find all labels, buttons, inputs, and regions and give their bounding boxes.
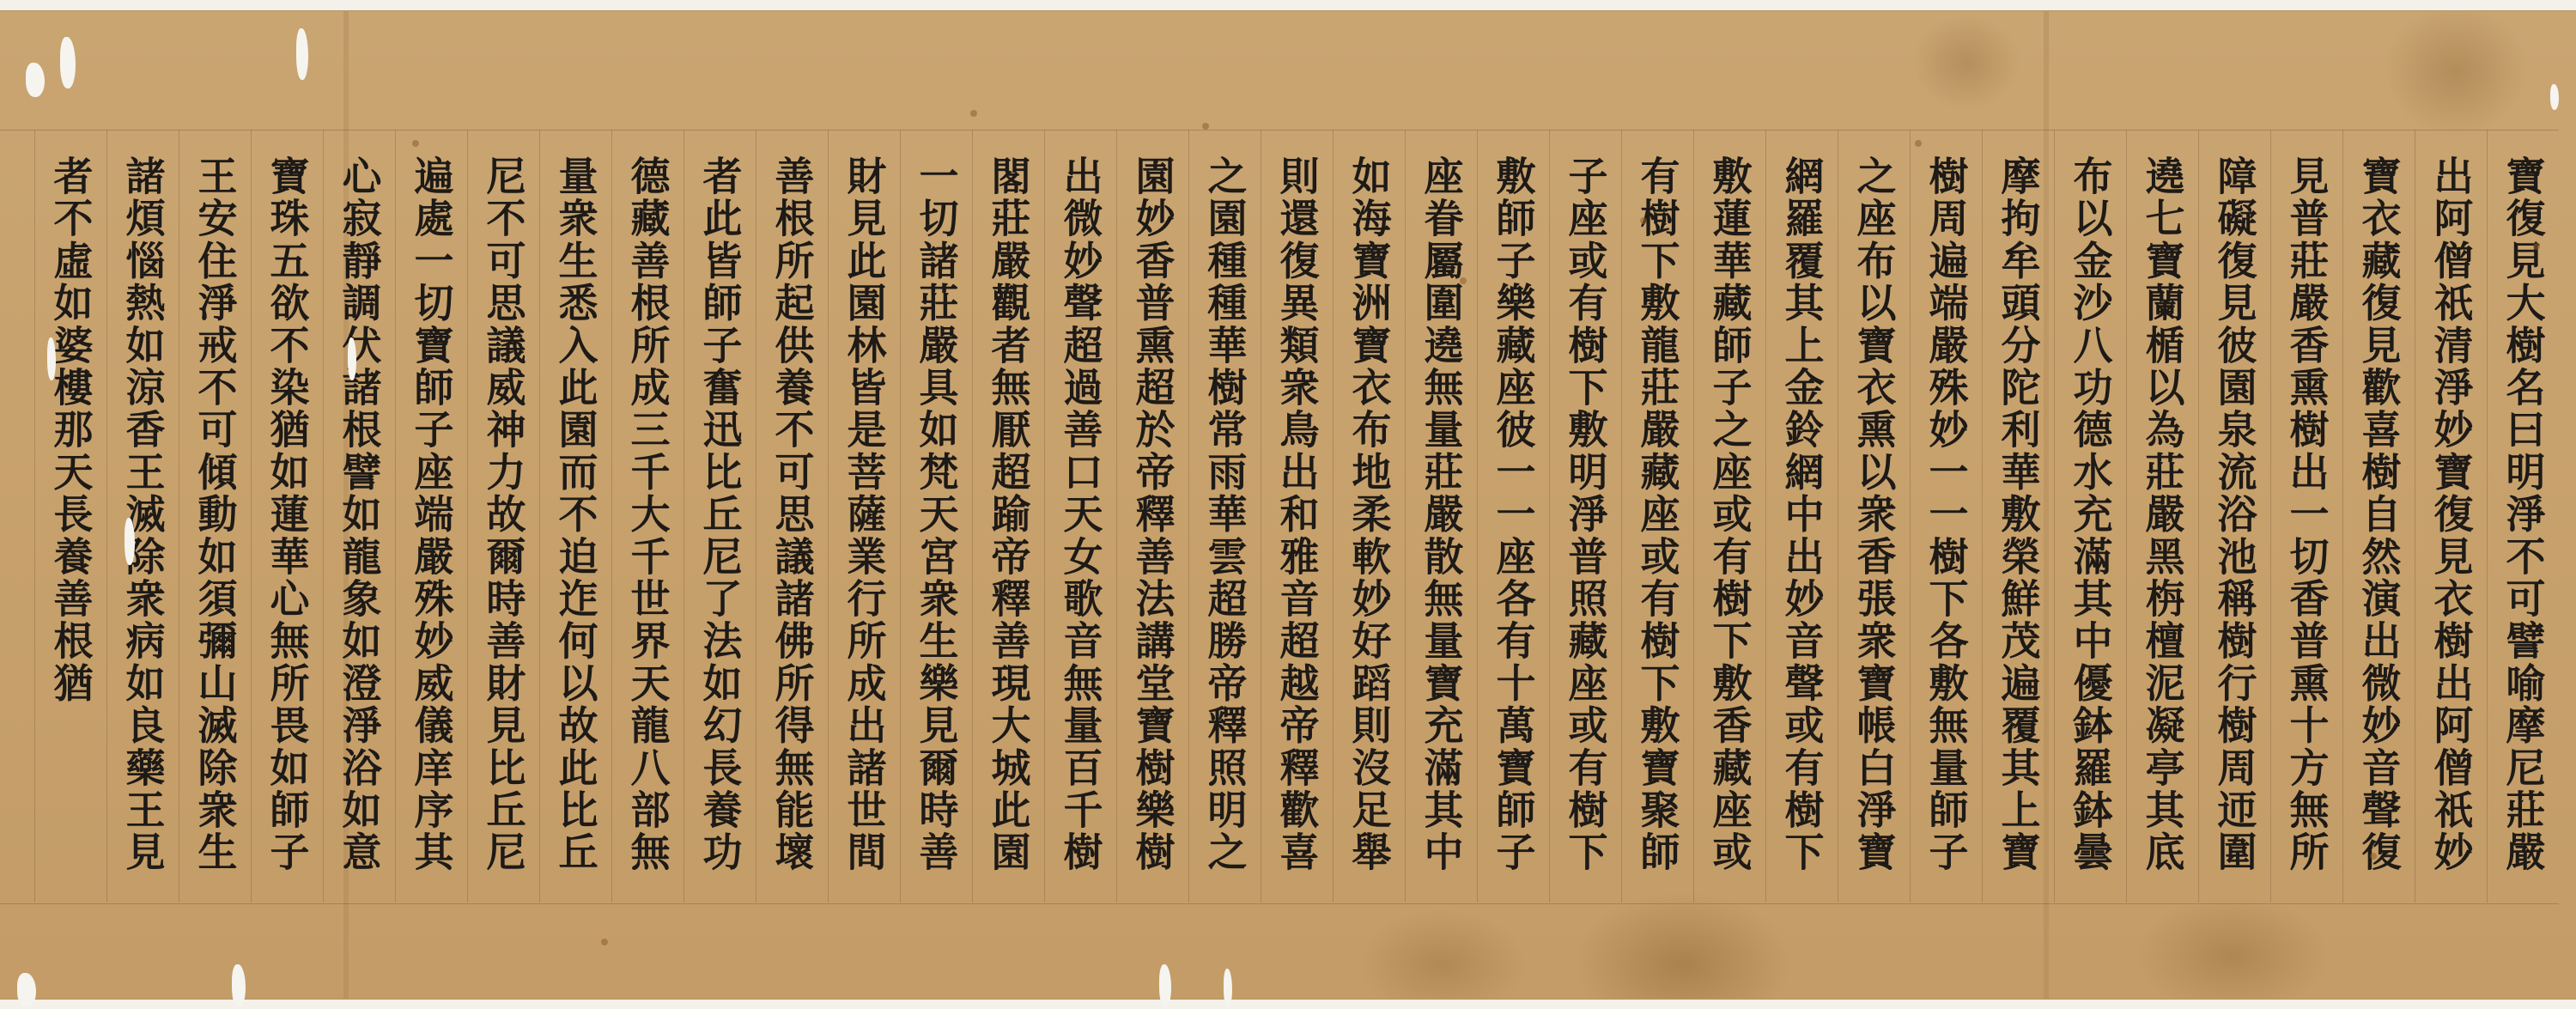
text-column: 出阿僧祇清淨妙寶復見衣樹出阿僧祇妙 [2415, 130, 2487, 903]
column-text: 財見此園林皆是菩薩業行所成出諸世間 [845, 155, 884, 903]
text-column: 之座布以寶衣熏以衆香張衆寶帳白淨寶 [1838, 130, 1910, 903]
column-text: 敷師子樂藏座彼一一座各有十萬寶師子 [1494, 155, 1534, 903]
column-text: 者不虛如婆樓那天長養善根猶 [52, 155, 91, 903]
stain-dot [1640, 217, 1647, 224]
column-text: 出阿僧祇清淨妙寶復見衣樹出阿僧祇妙 [2432, 155, 2471, 903]
column-text: 布以金沙八功德水充滿其中優鉢羅鉢曇 [2071, 155, 2111, 903]
text-column: 網羅覆其上金鈴網中出妙音聲或有樹下 [1765, 130, 1838, 903]
column-text: 子座或有樹下敷明淨普照藏座或有樹下 [1566, 155, 1606, 903]
text-columns: 寶復見大樹名曰明淨不可譬喻摩尼莊嚴 出阿僧祇清淨妙寶復見衣樹出阿僧祇妙 寶衣藏復… [34, 130, 2559, 903]
column-text: 障礙復見彼園泉流浴池稱樹行樹周迊圍 [2215, 155, 2255, 903]
text-column: 摩拘牟頭分陀利華敷榮鮮茂遍覆其上寶 [1982, 130, 2054, 903]
column-text: 一切諸莊嚴具如梵天宮衆生樂見爾時善 [917, 155, 957, 903]
column-text: 王安住淨戒不可傾動如須彌山滅除衆生 [196, 155, 235, 903]
text-column: 敷蓮華藏師子之座或有樹下敷香藏座或 [1693, 130, 1765, 903]
text-column: 王安住淨戒不可傾動如須彌山滅除衆生 [179, 130, 251, 903]
text-column: 布以金沙八功德水充滿其中優鉢羅鉢曇 [2054, 130, 2126, 903]
stain-dot [2533, 243, 2540, 250]
paper-damage [348, 337, 356, 380]
text-column: 寶復見大樹名曰明淨不可譬喻摩尼莊嚴 [2487, 130, 2559, 903]
paper-damage [1224, 969, 1232, 1007]
stain-dot [970, 110, 977, 117]
text-column: 園妙香普熏超於帝釋善法講堂寶樹樂樹 [1116, 130, 1188, 903]
text-column: 樹周遍端嚴殊妙一一樹下各敷無量師子 [1910, 130, 1982, 903]
text-column: 者此皆師子奮迅比丘尼了法如幻長養功 [683, 130, 756, 903]
paper-damage [232, 964, 246, 1007]
column-text: 寶復見大樹名曰明淨不可譬喻摩尼莊嚴 [2504, 155, 2543, 903]
text-column: 座眷屬圍遶無量莊嚴散無量寶充滿其中 [1405, 130, 1477, 903]
text-column: 有樹下敷龍莊嚴藏座或有樹下敷寶聚師 [1621, 130, 1693, 903]
column-text: 有樹下敷龍莊嚴藏座或有樹下敷寶聚師 [1638, 155, 1678, 903]
column-text: 善根所起供養不可思議諸佛所得無能壞 [773, 155, 812, 903]
stain-dot [1460, 277, 1467, 284]
stain-dot [601, 939, 608, 945]
text-column: 遍處一切寶師子座端嚴殊妙威儀庠序其 [395, 130, 467, 903]
stain-dot [1915, 140, 1922, 147]
text-column: 財見此園林皆是菩薩業行所成出諸世間 [828, 130, 900, 903]
column-text: 園妙香普熏超於帝釋善法講堂寶樹樂樹 [1133, 155, 1173, 903]
column-text: 寶珠五欲不染猶如蓮華心無所畏如師子 [268, 155, 307, 903]
paper-damage [47, 337, 56, 380]
text-column: 出微妙聲超過善口天女歌音無量百千樹 [1044, 130, 1116, 903]
text-column: 子座或有樹下敷明淨普照藏座或有樹下 [1549, 130, 1621, 903]
text-column: 善根所起供養不可思議諸佛所得無能壞 [756, 130, 828, 903]
column-text: 遶七寶蘭楯以為莊嚴黑栴檀泥凝亭其底 [2143, 155, 2183, 903]
text-column: 者不虛如婆樓那天長養善根猶 [34, 130, 106, 903]
column-text: 敷蓮華藏師子之座或有樹下敷香藏座或 [1710, 155, 1750, 903]
text-column: 尼不可思議威神力故爾時善財見比丘尼 [467, 130, 539, 903]
paper-damage [1159, 964, 1171, 1007]
paper-damage [2550, 84, 2559, 110]
text-column: 心寂靜調伏諸根譬如龍象如澄淨浴如意 [323, 130, 395, 903]
paper-damage [60, 37, 76, 88]
column-text: 如海寶洲寶衣布地柔軟妙好蹈則沒足舉 [1350, 155, 1389, 903]
text-column: 敷師子樂藏座彼一一座各有十萬寶師子 [1477, 130, 1549, 903]
paper-damage [296, 28, 308, 80]
stain-dot [1202, 123, 1209, 130]
column-text: 座眷屬圍遶無量莊嚴散無量寶充滿其中 [1422, 155, 1461, 903]
column-text: 德藏善根所成三千大千世界天龍八部無 [629, 155, 668, 903]
text-column: 閣莊嚴觀者無厭超踰帝釋善現大城此園 [972, 130, 1044, 903]
column-text: 閣莊嚴觀者無厭超踰帝釋善現大城此園 [989, 155, 1029, 903]
column-text: 之園種種華樹常雨華雲超勝帝釋照明之 [1206, 155, 1245, 903]
text-column: 則還復異類衆鳥出和雅音超越帝釋歡喜 [1261, 130, 1333, 903]
text-column: 障礙復見彼園泉流浴池稱樹行樹周迊圍 [2198, 130, 2270, 903]
column-text: 出微妙聲超過善口天女歌音無量百千樹 [1061, 155, 1101, 903]
text-column: 寶珠五欲不染猶如蓮華心無所畏如師子 [251, 130, 323, 903]
column-text: 見普莊嚴香熏樹出一切香普熏十方無所 [2287, 155, 2327, 903]
text-column: 之園種種華樹常雨華雲超勝帝釋照明之 [1188, 130, 1261, 903]
column-text: 樹周遍端嚴殊妙一一樹下各敷無量師子 [1927, 155, 1966, 903]
column-text: 心寂靜調伏諸根譬如龍象如澄淨浴如意 [340, 155, 380, 903]
column-text: 摩拘牟頭分陀利華敷榮鮮茂遍覆其上寶 [1999, 155, 2038, 903]
text-column: 諸煩惱熱如涼香王滅除衆病如良藥王見 [106, 130, 179, 903]
text-column: 德藏善根所成三千大千世界天龍八部無 [611, 130, 683, 903]
column-text: 量衆生悉入此園而不迫迮何以故此比丘 [556, 155, 596, 903]
sutra-scroll: 寶復見大樹名曰明淨不可譬喻摩尼莊嚴 出阿僧祇清淨妙寶復見衣樹出阿僧祇妙 寶衣藏復… [0, 10, 2576, 1000]
stain-dot [412, 140, 419, 147]
paper-damage [17, 973, 36, 1007]
text-column: 一切諸莊嚴具如梵天宮衆生樂見爾時善 [900, 130, 972, 903]
text-column: 見普莊嚴香熏樹出一切香普熏十方無所 [2270, 130, 2342, 903]
text-column: 遶七寶蘭楯以為莊嚴黑栴檀泥凝亭其底 [2126, 130, 2198, 903]
column-text: 尼不可思議威神力故爾時善財見比丘尼 [484, 155, 524, 903]
column-text: 則還復異類衆鳥出和雅音超越帝釋歡喜 [1278, 155, 1317, 903]
column-text: 之座布以寶衣熏以衆香張衆寶帳白淨寶 [1855, 155, 1894, 903]
text-column: 如海寶洲寶衣布地柔軟妙好蹈則沒足舉 [1333, 130, 1405, 903]
column-text: 寶衣藏復見歡喜樹自然演出微妙音聲復 [2360, 155, 2399, 903]
stain-dot [2370, 853, 2377, 860]
column-text: 遍處一切寶師子座端嚴殊妙威儀庠序其 [412, 155, 452, 903]
text-column: 寶衣藏復見歡喜樹自然演出微妙音聲復 [2342, 130, 2415, 903]
text-column: 量衆生悉入此園而不迫迮何以故此比丘 [539, 130, 611, 903]
paper-damage [26, 63, 45, 97]
column-text: 網羅覆其上金鈴網中出妙音聲或有樹下 [1783, 155, 1822, 903]
column-text: 者此皆師子奮迅比丘尼了法如幻長養功 [701, 155, 740, 903]
